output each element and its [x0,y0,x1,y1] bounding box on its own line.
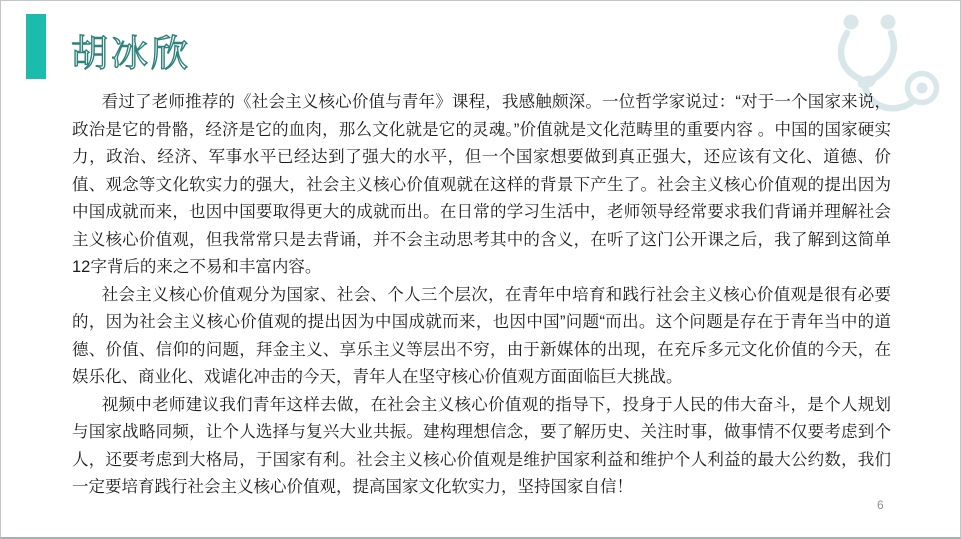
page-number: 6 [877,498,884,512]
slide-body: 看过了老师推荐的《社会主义核心价值与青年》课程，我感触颇深。一位哲学家说过：“对… [72,89,891,502]
paragraph-3: 视频中老师建议我们青年这样去做，在社会主义核心价值观的指导下，投身于人民的伟大奋… [72,392,891,502]
title-accent-bar [26,14,46,79]
paragraph-1: 看过了老师推荐的《社会主义核心价值与青年》课程，我感触颇深。一位哲学家说过：“对… [72,89,891,282]
paragraph-2: 社会主义核心价值观分为国家、社会、个人三个层次，在青年中培育和践行社会主义核心价… [72,282,891,392]
presentation-slide: 胡冰欣 看过了老师推荐的《社会主义核心价值与青年》课程，我感触颇深。一位哲学家说… [0,0,961,539]
slide-title: 胡冰欣 [71,23,191,77]
